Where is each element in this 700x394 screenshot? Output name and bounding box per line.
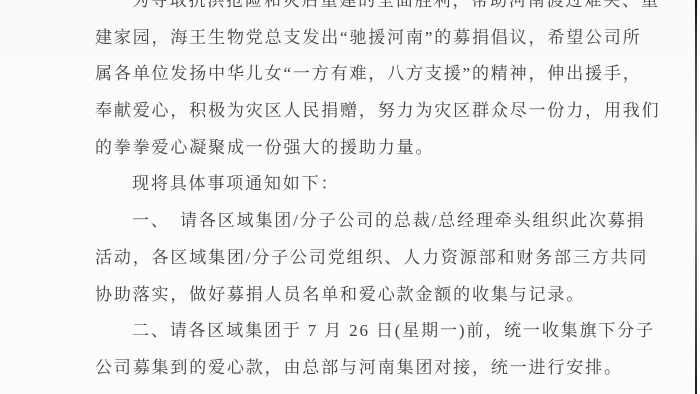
document-line: 一、 请各区域集团/分子公司的总裁/总经理牵头组织此次募捐 bbox=[132, 203, 670, 240]
document-line: 协助落实，做好募捐人员名单和爱心款金额的收集与记录。 bbox=[95, 277, 670, 314]
document-line: 属各单位发扬中华儿女“一方有难，八方支援”的精神，伸出援手， bbox=[95, 56, 670, 93]
document-line: 奉献爱心，积极为灾区人民捐赠，努力为灾区群众尽一份力，用我们 bbox=[95, 93, 670, 130]
page-edge-line bbox=[695, 0, 697, 394]
document-line: 二、请各区域集团于 7 月 26 日(星期一)前，统一收集旗下分子 bbox=[132, 313, 670, 350]
document-line: 建家园，海王生物党总支发出“驰援河南”的募捐倡议，希望公司所 bbox=[95, 20, 670, 57]
document-line: 公司募集到的爱心款，由总部与河南集团对接，统一进行安排。 bbox=[95, 350, 670, 387]
document-line: 活动，各区域集团/分子公司党组织、人力资源部和财务部三方共同 bbox=[95, 240, 670, 277]
document-line: 现将具体事项通知如下： bbox=[132, 166, 670, 203]
document-page: 为夺取抗洪抢险和灾后重建的全面胜利，帮助河南渡过难关、重 建家园，海王生物党总支… bbox=[0, 0, 700, 394]
notice-body-text: 为夺取抗洪抢险和灾后重建的全面胜利，帮助河南渡过难关、重 建家园，海王生物党总支… bbox=[95, 0, 670, 387]
document-line: 的拳拳爱心凝聚成一份强大的援助力量。 bbox=[95, 130, 670, 167]
document-line: 为夺取抗洪抢险和灾后重建的全面胜利，帮助河南渡过难关、重 bbox=[132, 0, 670, 20]
